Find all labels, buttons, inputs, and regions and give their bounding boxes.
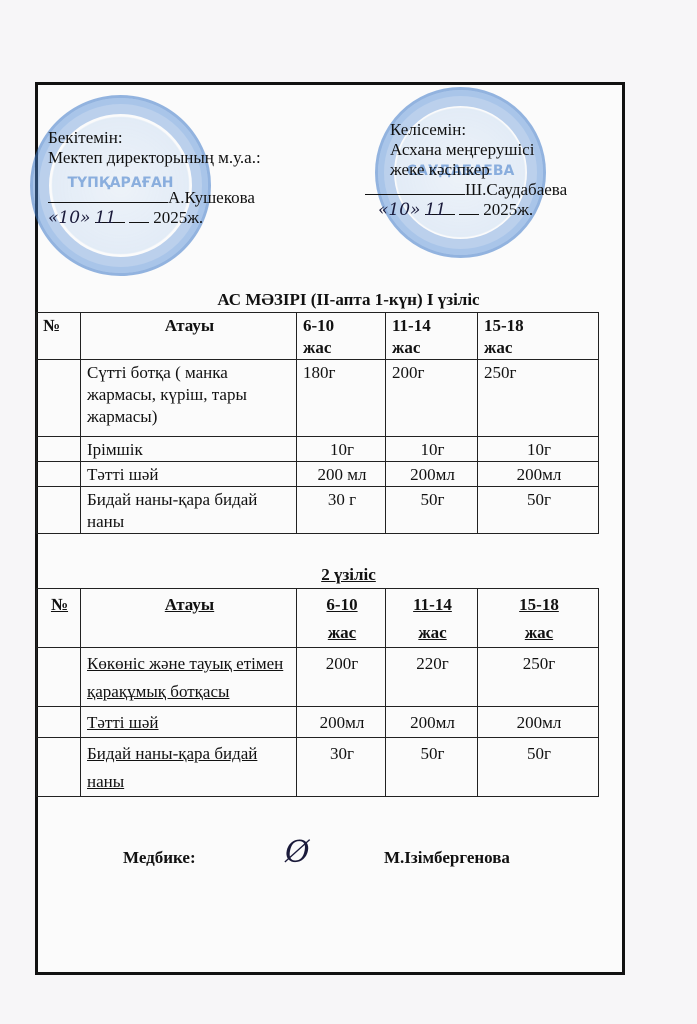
approval-date-underline [129, 208, 149, 223]
agreement-signature [365, 180, 465, 195]
agreement-heading: Келісемін: [390, 120, 567, 140]
row-age3: 10г [478, 437, 599, 462]
menu2-header-age3-range: 15-18 [519, 595, 559, 614]
menu1-header-no: № [37, 313, 81, 360]
table-row: Көкөніс және тауық етімен қарақұмық ботқ… [37, 648, 599, 707]
approval-year: 2025ж. [153, 208, 203, 227]
row-name: Көкөніс және тауық етімен қарақұмық ботқ… [81, 648, 297, 707]
agreement-position-line1: Асхана меңгерушісі [390, 140, 567, 160]
agreement-block: Келісемін: Асхана меңгерушісі жеке кәсіп… [390, 120, 567, 220]
menu1-header-age2-unit: жас [392, 338, 420, 357]
row-age3: 50г [478, 487, 599, 534]
table-row: Сүтті ботқа ( манка жармасы, күріш, тары… [37, 360, 599, 437]
agreement-name: Ш.Саудабаева [465, 180, 567, 199]
menu1-header-age1-unit: жас [303, 338, 331, 357]
approval-month-line: 11 [95, 208, 125, 223]
row-age1: 200 мл [297, 462, 386, 487]
approval-day: «10» [48, 208, 90, 228]
agreement-date-underline [459, 200, 479, 215]
agreement-signature-line: Ш.Саудабаева [365, 180, 567, 200]
table-row: Тәтті шәй 200 мл 200мл 200мл [37, 462, 599, 487]
menu1-header-name: Атауы [81, 313, 297, 360]
menu2-header-age2-unit: жас [418, 623, 446, 642]
menu2-header-age1-unit: жас [328, 623, 356, 642]
menu2-header-age1-range: 6-10 [326, 595, 357, 614]
row-age2: 50г [386, 487, 478, 534]
approval-date: «10» 11 2025ж. [48, 208, 261, 228]
row-age1: 180г [297, 360, 386, 437]
agreement-day: «10» [378, 200, 420, 220]
menu1-header-age3-range: 15-18 [484, 316, 524, 335]
menu1-header-age3-unit: жас [484, 338, 512, 357]
row-age1: 30 г [297, 487, 386, 534]
menu2-header-row: № Атауы 6-10жас 11-14жас 15-18жас [37, 589, 599, 648]
menu1-header-age2-range: 11-14 [392, 316, 431, 335]
agreement-year: 2025ж. [483, 200, 533, 219]
menu2-title: 2 үзіліс [0, 565, 697, 585]
row-age2: 200мл [386, 462, 478, 487]
approval-heading: Бекітемін: [48, 128, 261, 148]
approval-month: 11 [95, 208, 117, 228]
menu2-header-age3: 15-18жас [478, 589, 599, 648]
row-age3: 250г [478, 360, 599, 437]
agreement-date: «10» 11 2025ж. [378, 200, 567, 220]
agreement-position-line2: жеке кәсіпкер [390, 160, 567, 180]
approval-signature [48, 188, 168, 203]
menu1-header-age1: 6-10жас [297, 313, 386, 360]
row-name: Тәтті шәй [81, 707, 297, 738]
row-no [37, 707, 81, 738]
row-name: Бидай наны-қара бидай наны [81, 487, 297, 534]
table-row: Бидай наны-қара бидай наны 30г 50г 50г [37, 738, 599, 797]
row-age2: 200мл [386, 707, 478, 738]
row-name: Тәтті шәй [81, 462, 297, 487]
menu1-table: № Атауы 6-10жас 11-14жас 15-18жас Сүтті … [36, 312, 599, 534]
nurse-name: М.Ізімбергенова [384, 848, 510, 868]
row-no [37, 738, 81, 797]
table-row: Ірімшік 10г 10г 10г [37, 437, 599, 462]
menu2-header-no: № [37, 589, 81, 648]
row-age2: 200г [386, 360, 478, 437]
menu2-table: № Атауы 6-10жас 11-14жас 15-18жас Көкөні… [36, 588, 599, 797]
table-row: Бидай наны-қара бидай наны 30 г 50г 50г [37, 487, 599, 534]
row-age1: 200мл [297, 707, 386, 738]
nurse-label: Медбике: [123, 848, 196, 868]
row-no [37, 462, 81, 487]
menu2-header-age3-unit: жас [525, 623, 553, 642]
menu1-header-age3: 15-18жас [478, 313, 599, 360]
row-age3: 50г [478, 738, 599, 797]
menu2-header-age2-range: 11-14 [413, 595, 452, 614]
row-age1: 30г [297, 738, 386, 797]
row-age3: 200мл [478, 462, 599, 487]
approval-name: А.Кушекова [168, 188, 255, 207]
row-no [37, 487, 81, 534]
menu2-header-name: Атауы [81, 589, 297, 648]
menu2-header-age1: 6-10жас [297, 589, 386, 648]
row-age2: 10г [386, 437, 478, 462]
row-age1: 200г [297, 648, 386, 707]
row-no [37, 648, 81, 707]
row-no [37, 360, 81, 437]
row-age2: 50г [386, 738, 478, 797]
approval-signature-line: А.Кушекова [48, 188, 261, 208]
row-age3: 200мл [478, 707, 599, 738]
row-no [37, 437, 81, 462]
menu1-header-age2: 11-14жас [386, 313, 478, 360]
row-age1: 10г [297, 437, 386, 462]
menu1-title: АС МӘЗІРІ (ІІ-апта 1-күн) І үзіліс [0, 290, 697, 310]
approval-block: Бекітемін: Мектеп директорының м.у.а.: А… [48, 128, 261, 228]
row-name: Бидай наны-қара бидай наны [81, 738, 297, 797]
agreement-month-line: 11 [425, 200, 455, 215]
approval-position: Мектеп директорының м.у.а.: [48, 148, 261, 168]
menu1-header-row: № Атауы 6-10жас 11-14жас 15-18жас [37, 313, 599, 360]
menu2-header-age2: 11-14жас [386, 589, 478, 648]
table-row: Тәтті шәй 200мл 200мл 200мл [37, 707, 599, 738]
row-name: Ірімшік [81, 437, 297, 462]
row-age3: 250г [478, 648, 599, 707]
row-age2: 220г [386, 648, 478, 707]
menu1-header-age1-range: 6-10 [303, 316, 334, 335]
row-name: Сүтті ботқа ( манка жармасы, күріш, тары… [81, 360, 297, 437]
agreement-month: 11 [425, 200, 447, 220]
